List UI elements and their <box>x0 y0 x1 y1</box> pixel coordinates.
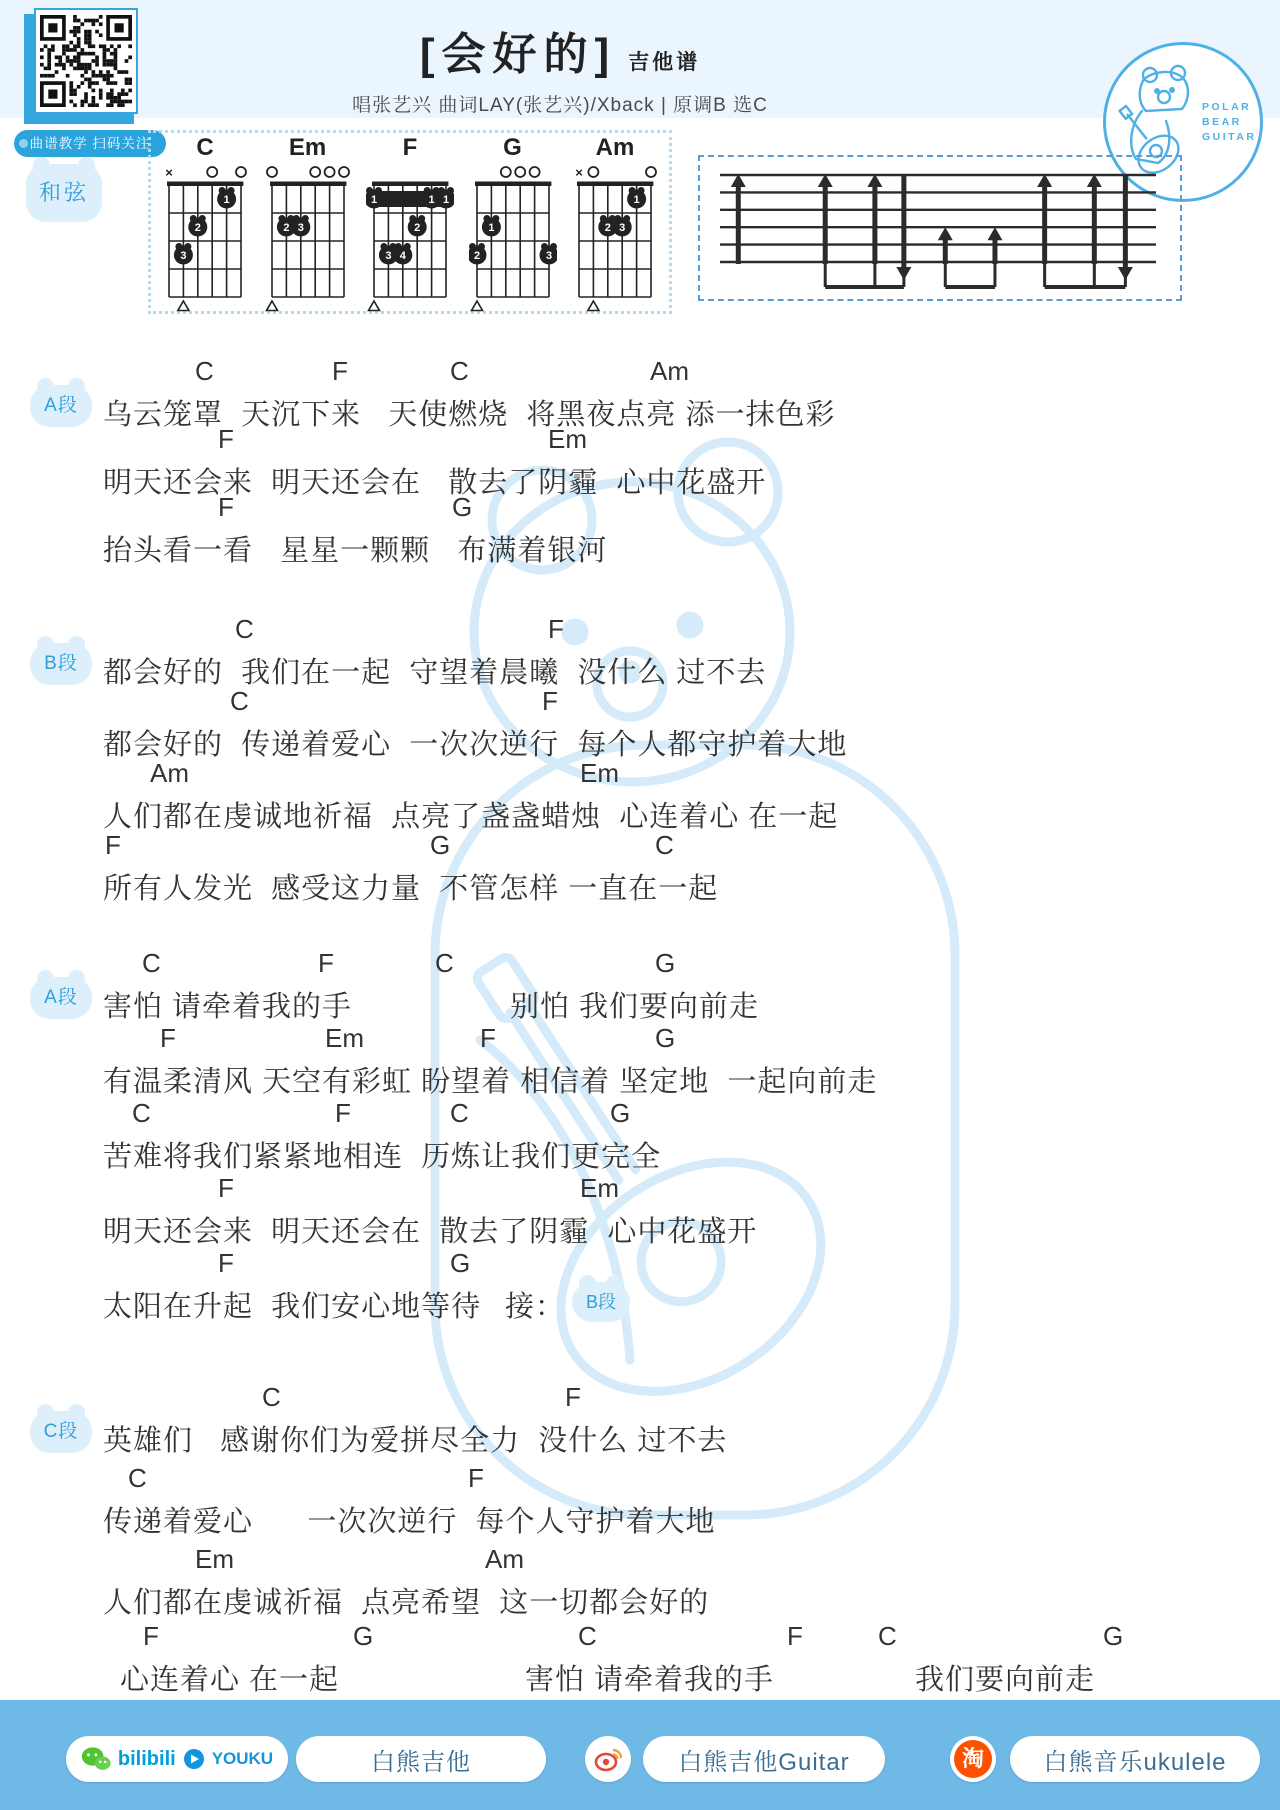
chord-label: Em <box>548 424 587 455</box>
chord-name: F <box>366 135 454 161</box>
svg-text:1: 1 <box>634 194 640 206</box>
chord-label: G <box>353 1621 373 1652</box>
chord-label: C <box>878 1621 897 1652</box>
chord-label: C <box>235 614 254 645</box>
svg-text:1: 1 <box>488 222 494 234</box>
section-badge: A段 <box>30 385 92 427</box>
svg-text:2: 2 <box>195 222 201 234</box>
lyric-line: 抬头看一看 星星一颗颗 布满着银河 <box>103 528 607 569</box>
chord-diagram-Am: Am×123 <box>571 135 659 309</box>
chord-label: C <box>450 356 469 387</box>
svg-text:×: × <box>575 165 583 180</box>
chord-label: F <box>218 1173 234 1204</box>
lyric-line: 都会好的 传递着爱心 一次次逆行 每个人都守护着大地 <box>103 722 847 763</box>
svg-text:2: 2 <box>414 222 420 234</box>
lyric-line: 别怕 我们要向前走 <box>510 984 759 1025</box>
chord-label: C <box>142 948 161 979</box>
chord-label: F <box>565 1382 581 1413</box>
svg-text:3: 3 <box>385 250 391 262</box>
chord-label: F <box>143 1621 159 1652</box>
chord-label: C <box>450 1098 469 1129</box>
svg-text:3: 3 <box>545 250 551 262</box>
chord-label: F <box>787 1621 803 1652</box>
title-block: [会好的]吉他谱 唱张艺兴 曲词LAY(张艺兴)/Xback | 原调B 选C <box>250 18 870 117</box>
chord-label: F <box>218 424 234 455</box>
lyric-line: 所有人发光 感受这力量 不管怎样 一直在一起 <box>103 866 718 907</box>
logo-text: POLAR BEAR GUITAR <box>1202 100 1256 145</box>
svg-text:3: 3 <box>297 222 303 234</box>
svg-text:2: 2 <box>283 222 289 234</box>
chord-label: Am <box>485 1544 524 1575</box>
lyric-line: 我们要向前走 <box>915 1657 1095 1698</box>
chord-label: F <box>480 1023 496 1054</box>
chord-label: F <box>332 356 348 387</box>
chord-label: G <box>655 1023 675 1054</box>
svg-text:1: 1 <box>443 194 449 206</box>
lyric-line: 太阳在升起 我们安心地等待 <box>103 1284 481 1325</box>
section-badge: A段 <box>30 977 92 1019</box>
chord-name: Em <box>264 135 352 161</box>
chord-label: F <box>105 830 121 861</box>
chord-name: C <box>161 135 249 161</box>
svg-text:3: 3 <box>619 222 625 234</box>
chord-label: Em <box>325 1023 364 1054</box>
chord-label: G <box>655 948 675 979</box>
section-badge: C段 <box>30 1411 92 1453</box>
chord-label: G <box>610 1098 630 1129</box>
chord-label: F <box>160 1023 176 1054</box>
lyric-line: 乌云笼罩 天沉下来 天使燃烧 将黑夜点亮 添一抹色彩 <box>103 392 835 433</box>
chord-label: C <box>578 1621 597 1652</box>
chord-label: F <box>468 1463 484 1494</box>
chord-diagrams-panel: C×123Em23F111234G123Am×123 <box>148 130 672 314</box>
lyric-line: 人们都在虔诚地祈福 点亮了盏盏蜡烛 心连着心 在一起 <box>103 794 838 835</box>
chord-name: Am <box>571 135 659 161</box>
chord-label: Em <box>195 1544 234 1575</box>
chord-label: C <box>128 1463 147 1494</box>
svg-text:4: 4 <box>400 250 407 262</box>
lyric-line: 英雄们 感谢你们为爱拼尽全力 没什么 过不去 <box>103 1418 727 1459</box>
svg-text:1: 1 <box>224 194 230 206</box>
song-credits: 唱张艺兴 曲词LAY(张艺兴)/Xback | 原调B 选C <box>250 90 870 117</box>
svg-text:2: 2 <box>605 222 611 234</box>
chord-label: G <box>1103 1621 1123 1652</box>
chord-label: G <box>430 830 450 861</box>
guitar-sheet-page: 曲谱教学 扫码关注 [会好的]吉他谱 唱张艺兴 曲词LAY(张艺兴)/Xback… <box>0 0 1280 1810</box>
lyric-line: 明天还会来 明天还会在 散去了阴霾 心中花盛开 <box>103 1209 757 1250</box>
video-platforms-pill[interactable]: bilibili YOUKU <box>66 1736 288 1782</box>
chord-diagram-Em: Em23 <box>264 135 352 309</box>
chord-label: C <box>435 948 454 979</box>
lyric-line: 有温柔清风 天空有彩虹 盼望着 相信着 坚定地 一起向前走 <box>103 1059 877 1100</box>
svg-text:2: 2 <box>473 250 479 262</box>
chord-label: G <box>452 492 472 523</box>
channel-name-pill[interactable]: 白熊吉他 <box>296 1736 546 1782</box>
lyric-line: 明天还会来 明天还会在 散去了阴霾 心中花盛开 <box>103 460 766 501</box>
footer-band: bilibili YOUKU 白熊吉他 白熊吉他Guitar 淘 白熊音乐uku… <box>0 1700 1280 1810</box>
lyric-line: 传递着爱心 一次次逆行 每个人守护着大地 <box>103 1499 715 1540</box>
svg-text:1: 1 <box>429 194 435 206</box>
qr-follow-label: 曲谱教学 扫码关注 <box>14 130 166 157</box>
chord-name: G <box>469 135 557 161</box>
chord-label: Em <box>580 1173 619 1204</box>
chord-label: C <box>262 1382 281 1413</box>
chord-label: C <box>230 686 249 717</box>
chord-diagram-F: F111234 <box>366 135 454 309</box>
youku-logo: YOUKU <box>212 1749 273 1769</box>
youku-play-icon <box>183 1748 205 1770</box>
lyric-line: 害怕 请牵着我的手 <box>525 1657 774 1698</box>
svg-text:3: 3 <box>180 250 186 262</box>
chord-label: F <box>318 948 334 979</box>
svg-text:×: × <box>165 165 173 180</box>
taobao-glyph: 淘 <box>954 1740 992 1778</box>
chord-label: F <box>335 1098 351 1129</box>
chord-label: F <box>548 614 564 645</box>
lyric-line: 接： <box>505 1284 565 1325</box>
chord-label: Am <box>150 758 189 789</box>
chord-label: C <box>132 1098 151 1129</box>
weibo-icon[interactable] <box>585 1736 631 1782</box>
chord-label: F <box>542 686 558 717</box>
taobao-shop-pill[interactable]: 白熊音乐ukulele <box>1010 1736 1260 1782</box>
inline-section-badge: B段 <box>572 1282 630 1322</box>
chord-diagram-C: C×123 <box>161 135 249 309</box>
chord-label: Em <box>580 758 619 789</box>
chord-label: F <box>218 492 234 523</box>
weibo-handle-pill[interactable]: 白熊吉他Guitar <box>643 1736 885 1782</box>
chord-label: Am <box>650 356 689 387</box>
strumming-pattern-box <box>698 155 1182 301</box>
chord-label: G <box>450 1248 470 1279</box>
lyric-line: 心连着心 在一起 <box>120 1657 339 1698</box>
section-badge: B段 <box>30 643 92 685</box>
chord-label: F <box>218 1248 234 1279</box>
chord-label: C <box>655 830 674 861</box>
chords-section-label: 和弦 <box>26 164 102 222</box>
wechat-icon <box>81 1746 111 1772</box>
qr-code <box>34 8 138 114</box>
strum-pattern-staff <box>704 159 1174 297</box>
chord-label: C <box>195 356 214 387</box>
chord-diagram-G: G123 <box>469 135 557 309</box>
lyric-line: 都会好的 我们在一起 守望着晨曦 没什么 过不去 <box>103 650 766 691</box>
bilibili-logo: bilibili <box>118 1748 176 1771</box>
sheet-content: 曲谱教学 扫码关注 [会好的]吉他谱 唱张艺兴 曲词LAY(张艺兴)/Xback… <box>0 0 1280 1810</box>
lyric-line: 人们都在虔诚祈福 点亮希望 这一切都会好的 <box>103 1580 709 1621</box>
taobao-icon[interactable]: 淘 <box>950 1736 996 1782</box>
lyric-line: 苦难将我们紧紧地相连 历炼让我们更完全 <box>103 1134 661 1175</box>
lyric-line: 害怕 请牵着我的手 <box>103 984 352 1025</box>
title-suffix: 吉他谱 <box>628 46 700 82</box>
page-title: [会好的] <box>420 18 616 82</box>
svg-text:1: 1 <box>371 194 377 206</box>
